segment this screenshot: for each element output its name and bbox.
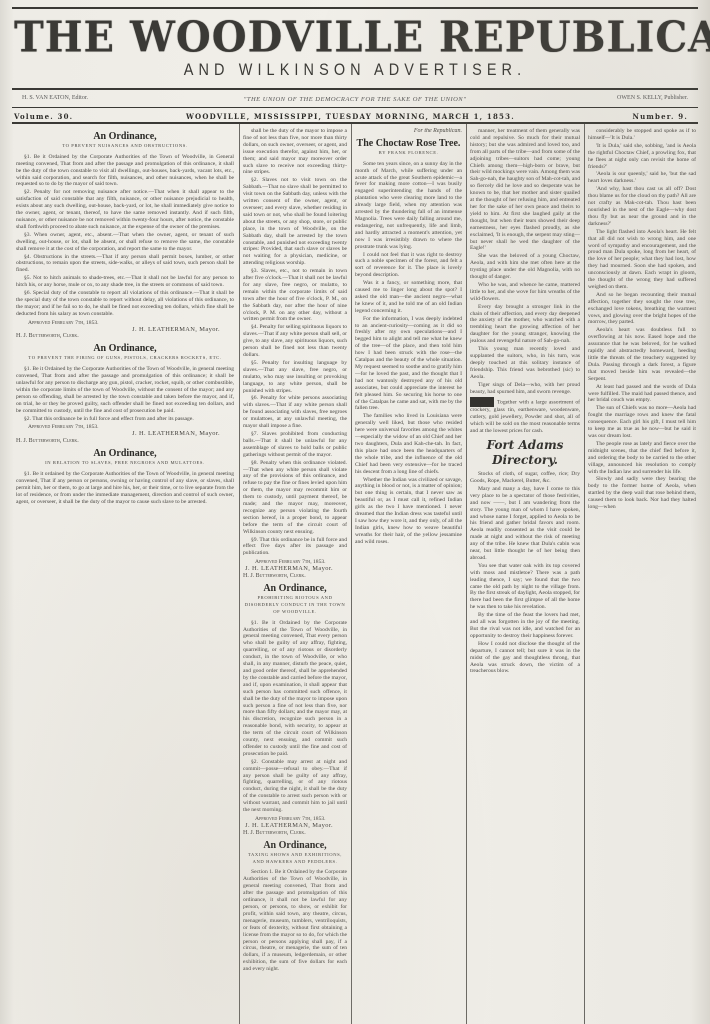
story-kicker: For the Republican. (355, 128, 462, 135)
clerk-signature: H. J. Butterworth, Clerk. (243, 830, 347, 837)
mayor-signature: J. H. LEATHERMAN, Mayor. (16, 327, 234, 334)
ordinance-title: An Ordinance, (243, 843, 347, 850)
ordinance-paragraph: §2. Constable may arrest at night and co… (243, 759, 347, 814)
story-paragraph: She was the beloved of a young Choctaw, … (470, 253, 580, 281)
ordinance-paragraph: §3. When owner, agent, etc., absent.—Tha… (16, 232, 234, 253)
ordinance-paragraph: §7. Slaves prohibited from conducting ba… (243, 431, 347, 459)
ordinance-subtitle: TO PREVENT NUISANCES AND OBSTRUCTIONS. (16, 143, 234, 150)
ordinance-paragraph: §2. Penalty for not removing nuisance af… (16, 189, 234, 230)
ordinance-paragraph: §2. Slaves not to visit town on the Sabb… (243, 177, 347, 267)
ordinance-paragraph: §2. That this ordinance be in full force… (16, 416, 234, 423)
issue-number: Number. 9. (633, 112, 688, 121)
masthead-rule (12, 88, 698, 90)
column-divider (466, 124, 467, 1024)
ordinance-subtitle: PROHIBITING RIOTOUS AND DISORDERLY CONDU… (243, 595, 347, 616)
ordinance-article: An Ordinance,IN RELATION TO SLAVES, FREE… (16, 451, 234, 505)
ordinance-paragraph: shall be the duty of the mayor to impose… (243, 128, 347, 176)
ordinance-subtitle: TO PREVENT THE FIRING OF GUNS, PISTOLS, … (16, 355, 234, 362)
story-paragraph: The people rose as lately and fierce ove… (588, 441, 696, 476)
story-paragraph: For the information, I was deeply indebt… (355, 316, 462, 413)
clerk-signature: H. J. Butterworth, Clerk. (243, 573, 347, 580)
story-paragraph: The families who lived in Louisiana were… (355, 413, 462, 475)
story-paragraph: Was it a fancy, or something more, that … (355, 280, 462, 315)
story-paragraph: You see that water oak with its top cove… (470, 563, 580, 611)
ordinance-article: An Ordinance,TO PREVENT NUISANCES AND OB… (16, 134, 234, 340)
clerk-signature: H. J. Butterworth, Clerk. (16, 438, 234, 445)
column-story-1: For the Republican. The Choctaw Rose Tre… (355, 128, 462, 1024)
story-byline: BY FRANK FLORENCE. (355, 150, 462, 157)
ordinance-article: An Ordinance,TAXING SHOWS AND EXHIBITION… (243, 843, 347, 973)
ordinance-paragraph: §5. Not to hitch animals to shade-trees,… (16, 275, 234, 289)
story-paragraph: Slowly and sadly were they bearing the b… (588, 476, 696, 511)
clerk-signature: H. J. Butterworth, Clerk. (16, 333, 234, 340)
story-paragraph: 'And why, hast thou cast us all off? Dos… (588, 186, 696, 227)
ordinance-paragraph: §4. Penalty for selling spirituous liquo… (243, 324, 347, 359)
newspaper-page: THE WOODVILLE REPUBLICAN, AND WILKINSON … (0, 0, 710, 1024)
top-rule (12, 7, 698, 9)
ordinance-paragraph: §8. Penalty when this ordinance violated… (243, 460, 347, 536)
story-paragraph: manner, her treatment of them generally … (470, 128, 580, 252)
story-paragraph: At least had passed and the words of Dul… (588, 384, 696, 405)
column-story-2: manner, her treatment of them generally … (470, 128, 580, 1024)
advertisement: Together with a large assortment of croc… (470, 397, 580, 435)
story-paragraph: Whether the Indian was civilized or sava… (355, 477, 462, 546)
ordinance-paragraph: §1. Be it Ordained by the Corporate Auth… (16, 154, 234, 189)
mayor-signature: J. H. LEATHERMAN, Mayor. (243, 823, 347, 830)
ordinance-article: An Ordinance,TO PREVENT THE FIRING OF GU… (16, 346, 234, 445)
section-heading: Fort Adams Directory. (470, 438, 580, 468)
motto: "THE UNION OF THE DEMOCRACY FOR THE SAKE… (0, 96, 710, 103)
ordinance-paragraph: §6. Penalty for white persons associatin… (243, 395, 347, 430)
story-paragraph: 'It is Dula,' said she, sobbing, 'and is… (588, 143, 696, 171)
story-paragraph: 'Aeola is our queenly,' said he, 'but th… (588, 171, 696, 185)
ordinance-paragraph: §4. Obstructions in the streets.—That if… (16, 254, 234, 275)
column-divider (239, 124, 240, 1024)
story-paragraph: Some ten years since, on a sunny day in … (355, 161, 462, 251)
place-and-date: WOODVILLE, MISSISSIPPI, TUESDAY MORNING,… (186, 112, 515, 121)
story-paragraph: Every day brought a stronger link in the… (470, 304, 580, 345)
story-paragraph: This young man recently loved and suppla… (470, 346, 580, 381)
story-paragraph: And so he began recounting their mutual … (588, 292, 696, 327)
ordinance-paragraph: §1. Be it Ordained by the Corporate Auth… (243, 620, 347, 758)
story-paragraph: considerably be stopped and spoke as if … (588, 128, 696, 142)
dateline-rule (12, 122, 698, 124)
ordinance-paragraph: §6. Special duty of the constable to rep… (16, 290, 234, 318)
publisher-credit: OWEN S. KELLY, Publisher. (617, 95, 688, 101)
info-rule (12, 107, 698, 108)
ordinance-paragraph: Section 1. Be it Ordained by the Corpora… (243, 869, 347, 973)
ordinance-paragraph: §5. Penalty for insulting language by sl… (243, 360, 347, 395)
story-paragraph: The light flashed into Aeola's heart. He… (588, 229, 696, 291)
story-body: Some ten years since, on a sunny day in … (355, 161, 462, 546)
story-paragraph: I could not feel that it was right to de… (355, 252, 462, 280)
ordinance-title: An Ordinance, (16, 134, 234, 141)
masthead-subtitle: AND WILKINSON ADVERTISER. (53, 60, 657, 80)
ordinance-paragraph: §3. Slaves, etc., not to remain in town … (243, 268, 347, 323)
story-paragraph: How I could not disclose the thought of … (470, 641, 580, 676)
story-paragraph: Stocks of cloth, of sugar, coffee, rice;… (470, 471, 580, 485)
ordinance-subtitle: TAXING SHOWS AND EXHIBITIONS, AND HAWKER… (243, 852, 347, 866)
column-ordinances-2: shall be the duty of the mayor to impose… (243, 128, 347, 1024)
ordinance-paragraph: §1. Be it ordained by the Corporate Auth… (16, 471, 234, 506)
column-divider (584, 124, 585, 1024)
masthead-title: THE WOODVILLE REPUBLICAN, (14, 13, 704, 62)
story-title: The Choctaw Rose Tree. (355, 141, 462, 148)
ordinance-paragraph: §1. Be it Ordained by the Corporate Auth… (16, 366, 234, 414)
story-paragraph: The sun of Chiefs was no more—Aeola had … (588, 405, 696, 440)
column-divider (351, 124, 352, 1024)
mayor-signature: J. H. LEATHERMAN, Mayor. (243, 566, 347, 573)
ordinance-article: shall be the duty of the mayor to impose… (243, 128, 347, 580)
story-paragraph: Mary and many a day, have I come to this… (470, 486, 580, 562)
column-story-3: considerably be stopped and spoke as if … (588, 128, 696, 1024)
story-paragraph: By the time of the feast the lovers had … (470, 612, 580, 640)
column-ordinances-1: An Ordinance,TO PREVENT NUISANCES AND OB… (16, 128, 234, 1024)
story-paragraph: Who he was, and whence he came, mattered… (470, 282, 580, 303)
ordinance-title: An Ordinance, (16, 346, 234, 353)
story-paragraph: Aeola's heart was doubtless full to over… (588, 327, 696, 382)
volume-label: Volume. 30. (14, 112, 73, 121)
ordinance-paragraph: §9. That this ordinance be in full force… (243, 537, 347, 558)
ordinance-title: An Ordinance, (243, 586, 347, 593)
ordinance-title: An Ordinance, (16, 451, 234, 458)
woodcut-illustration (470, 397, 494, 407)
ordinance-subtitle: IN RELATION TO SLAVES, FREE NEGROES AND … (16, 460, 234, 467)
ordinance-article: An Ordinance,PROHIBITING RIOTOUS AND DIS… (243, 586, 347, 837)
mayor-signature: J. H. LEATHERMAN, Mayor. (16, 431, 234, 438)
story-paragraph: Tiger sings of Dela—who, with her proud … (470, 382, 580, 396)
